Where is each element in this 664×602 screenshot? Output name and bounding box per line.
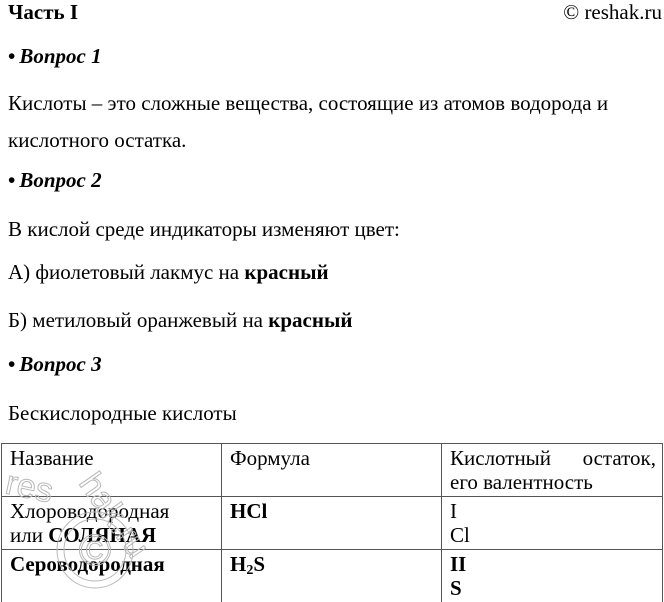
question-1-answer: Кислоты – это сложные вещества, состоящи… — [8, 85, 608, 159]
residue: Cl — [450, 523, 656, 547]
question-1-title: Вопрос 1 — [19, 44, 101, 68]
question-2-item-b: Б) метиловый оранжевый на красный — [8, 308, 352, 332]
formula-tail: S — [253, 552, 265, 576]
bullet-icon: • — [8, 168, 15, 192]
bullet-icon: • — [8, 352, 15, 376]
question-2-intro: В кислой среде индикаторы изменяют цвет: — [8, 217, 400, 241]
cell-residue: II S — [442, 550, 663, 602]
question-1-heading: •Вопрос 1 — [8, 44, 102, 68]
cell-formula: H2S — [222, 550, 442, 602]
cell-formula: HCl — [222, 497, 442, 550]
bullet-icon: • — [8, 44, 15, 68]
header-residue-line1: Кислотныйостаток, — [450, 446, 656, 470]
item-answer: красный — [268, 308, 352, 332]
answer-line: Кислоты – это сложные вещества, состоящи… — [8, 85, 608, 122]
formula: H2S — [230, 552, 265, 576]
table-row: Хлороводородная или СОЛЯНАЯ HCl I Cl — [2, 497, 663, 550]
cell-name: Сероводородная — [2, 550, 222, 602]
valence: I — [450, 499, 656, 523]
question-2-title: Вопрос 2 — [19, 168, 101, 192]
header-word: остаток, — [583, 446, 656, 470]
name-line: или СОЛЯНАЯ — [10, 523, 215, 547]
formula-main: H — [230, 552, 246, 576]
formula: HCl — [230, 499, 267, 523]
cell-residue: I Cl — [442, 497, 663, 550]
answer-line: кислотного остатка. — [8, 122, 608, 159]
question-2-heading: •Вопрос 2 — [8, 168, 102, 192]
valence: II — [450, 552, 466, 576]
header-residue-line2: его валентность — [450, 470, 656, 494]
question-2-item-a: А) фиолетовый лакмус на красный — [8, 260, 329, 284]
table-header-row: Название Формула Кислотныйостаток, его в… — [2, 444, 663, 497]
question-3-title: Вопрос 3 — [19, 352, 101, 376]
item-text: Б) метиловый оранжевый на — [8, 308, 268, 332]
name-line: Хлороводородная — [10, 499, 215, 523]
table-row: Сероводородная H2S II S — [2, 550, 663, 602]
residue: S — [450, 576, 462, 600]
header-word: Кислотный — [450, 446, 551, 470]
question-3-subtitle: Бескислородные кислоты — [8, 401, 237, 425]
acids-table: Название Формула Кислотныйостаток, его в… — [1, 443, 663, 602]
item-text: А) фиолетовый лакмус на — [8, 260, 244, 284]
name-bold: Сероводородная — [10, 552, 165, 576]
header-name: Название — [2, 444, 222, 497]
copyright-notice: © reshak.ru — [563, 0, 662, 24]
cell-name: Хлороводородная или СОЛЯНАЯ — [2, 497, 222, 550]
part-title: Часть I — [8, 0, 78, 24]
header-formula: Формула — [222, 444, 442, 497]
header-residue: Кислотныйостаток, его валентность — [442, 444, 663, 497]
item-answer: красный — [244, 260, 328, 284]
name-bold: СОЛЯНАЯ — [48, 523, 156, 547]
name-prefix: или — [10, 523, 48, 547]
question-3-heading: •Вопрос 3 — [8, 352, 102, 376]
